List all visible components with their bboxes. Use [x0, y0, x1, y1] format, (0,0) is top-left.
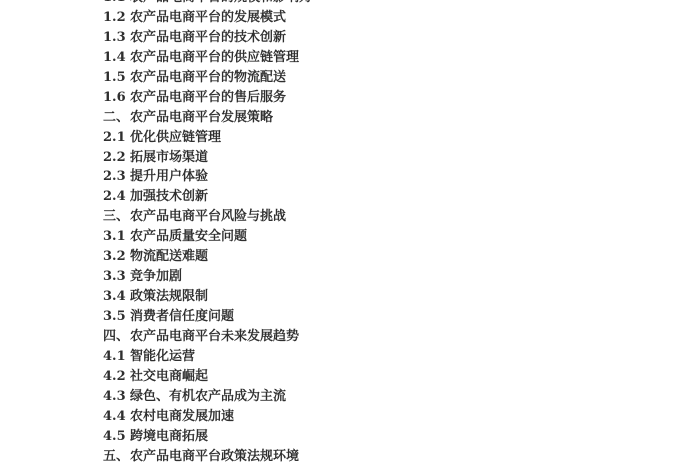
outline-title: 物流配送难题	[130, 247, 208, 267]
outline-item-line: 3.2物流配送难题	[103, 247, 312, 267]
outline-number: 3.5	[103, 307, 130, 327]
outline-number: 1.3	[103, 28, 130, 48]
outline-number: 2.2	[103, 148, 130, 168]
outline-title: 农产品电商平台的供应链管理	[130, 48, 299, 68]
outline-title: 农产品电商平台的技术创新	[130, 28, 286, 48]
outline-item-line: 1.5农产品电商平台的物流配送	[103, 68, 312, 88]
outline-section-line: 三、农产品电商平台风险与挑战	[103, 207, 312, 227]
outline-title: 政策法规限制	[130, 287, 208, 307]
outline-number: 1.2	[103, 8, 130, 28]
outline-item-line: 2.2拓展市场渠道	[103, 148, 312, 168]
outline-title: 智能化运营	[130, 347, 195, 367]
outline-number: 1.6	[103, 88, 130, 108]
outline-title: 跨境电商拓展	[130, 427, 208, 447]
outline-title: 优化供应链管理	[130, 128, 221, 148]
outline-item-line: 4.2社交电商崛起	[103, 367, 312, 387]
outline-number: 三、	[103, 207, 130, 227]
outline-number: 二、	[103, 108, 130, 128]
outline-title: 农产品电商平台的规模和影响力	[130, 0, 312, 8]
outline-number: 1.4	[103, 48, 130, 68]
outline-item-line: 4.1智能化运营	[103, 347, 312, 367]
document-outline: 1.1农产品电商平台的规模和影响力1.2农产品电商平台的发展模式1.3农产品电商…	[103, 0, 312, 467]
outline-number: 4.1	[103, 347, 130, 367]
outline-title: 农产品电商平台的物流配送	[130, 68, 286, 88]
outline-item-line: 4.4农村电商发展加速	[103, 407, 312, 427]
outline-title: 农产品电商平台发展策略	[130, 108, 273, 128]
outline-number: 1.1	[103, 0, 130, 8]
outline-item-line: 3.5消费者信任度问题	[103, 307, 312, 327]
outline-section-line: 二、农产品电商平台发展策略	[103, 108, 312, 128]
outline-title: 社交电商崛起	[130, 367, 208, 387]
outline-section-line: 五、农产品电商平台政策法规环境	[103, 447, 312, 467]
outline-number: 2.3	[103, 167, 130, 187]
outline-title: 农产品电商平台政策法规环境	[130, 447, 299, 467]
outline-number: 3.2	[103, 247, 130, 267]
outline-item-line: 1.3农产品电商平台的技术创新	[103, 28, 312, 48]
outline-number: 4.4	[103, 407, 130, 427]
outline-item-line: 1.6农产品电商平台的售后服务	[103, 88, 312, 108]
outline-title: 加强技术创新	[130, 187, 208, 207]
outline-item-line: 3.3竞争加剧	[103, 267, 312, 287]
outline-item-line: 1.4农产品电商平台的供应链管理	[103, 48, 312, 68]
outline-number: 3.1	[103, 227, 130, 247]
outline-number: 2.1	[103, 128, 130, 148]
outline-number: 4.2	[103, 367, 130, 387]
outline-title: 农产品电商平台的发展模式	[130, 8, 286, 28]
outline-section-line: 四、农产品电商平台未来发展趋势	[103, 327, 312, 347]
outline-item-line: 3.1农产品质量安全问题	[103, 227, 312, 247]
outline-item-line: 3.4政策法规限制	[103, 287, 312, 307]
outline-title: 农产品质量安全问题	[130, 227, 247, 247]
outline-title: 农产品电商平台的售后服务	[130, 88, 286, 108]
outline-title: 竞争加剧	[130, 267, 182, 287]
outline-number: 五、	[103, 447, 130, 467]
outline-number: 3.3	[103, 267, 130, 287]
outline-item-line: 1.1农产品电商平台的规模和影响力	[103, 0, 312, 8]
outline-number: 四、	[103, 327, 130, 347]
outline-title: 绿色、有机农产品成为主流	[130, 387, 286, 407]
outline-number: 2.4	[103, 187, 130, 207]
outline-title: 提升用户体验	[130, 167, 208, 187]
outline-title: 拓展市场渠道	[130, 148, 208, 168]
outline-item-line: 2.1优化供应链管理	[103, 128, 312, 148]
outline-item-line: 2.3提升用户体验	[103, 167, 312, 187]
outline-title: 农产品电商平台未来发展趋势	[130, 327, 299, 347]
outline-number: 3.4	[103, 287, 130, 307]
outline-item-line: 1.2农产品电商平台的发展模式	[103, 8, 312, 28]
outline-item-line: 4.5跨境电商拓展	[103, 427, 312, 447]
outline-title: 农村电商发展加速	[130, 407, 234, 427]
outline-number: 1.5	[103, 68, 130, 88]
outline-item-line: 2.4加强技术创新	[103, 187, 312, 207]
outline-title: 农产品电商平台风险与挑战	[130, 207, 286, 227]
outline-number: 4.5	[103, 427, 130, 447]
outline-title: 消费者信任度问题	[130, 307, 234, 327]
outline-item-line: 4.3绿色、有机农产品成为主流	[103, 387, 312, 407]
outline-number: 4.3	[103, 387, 130, 407]
